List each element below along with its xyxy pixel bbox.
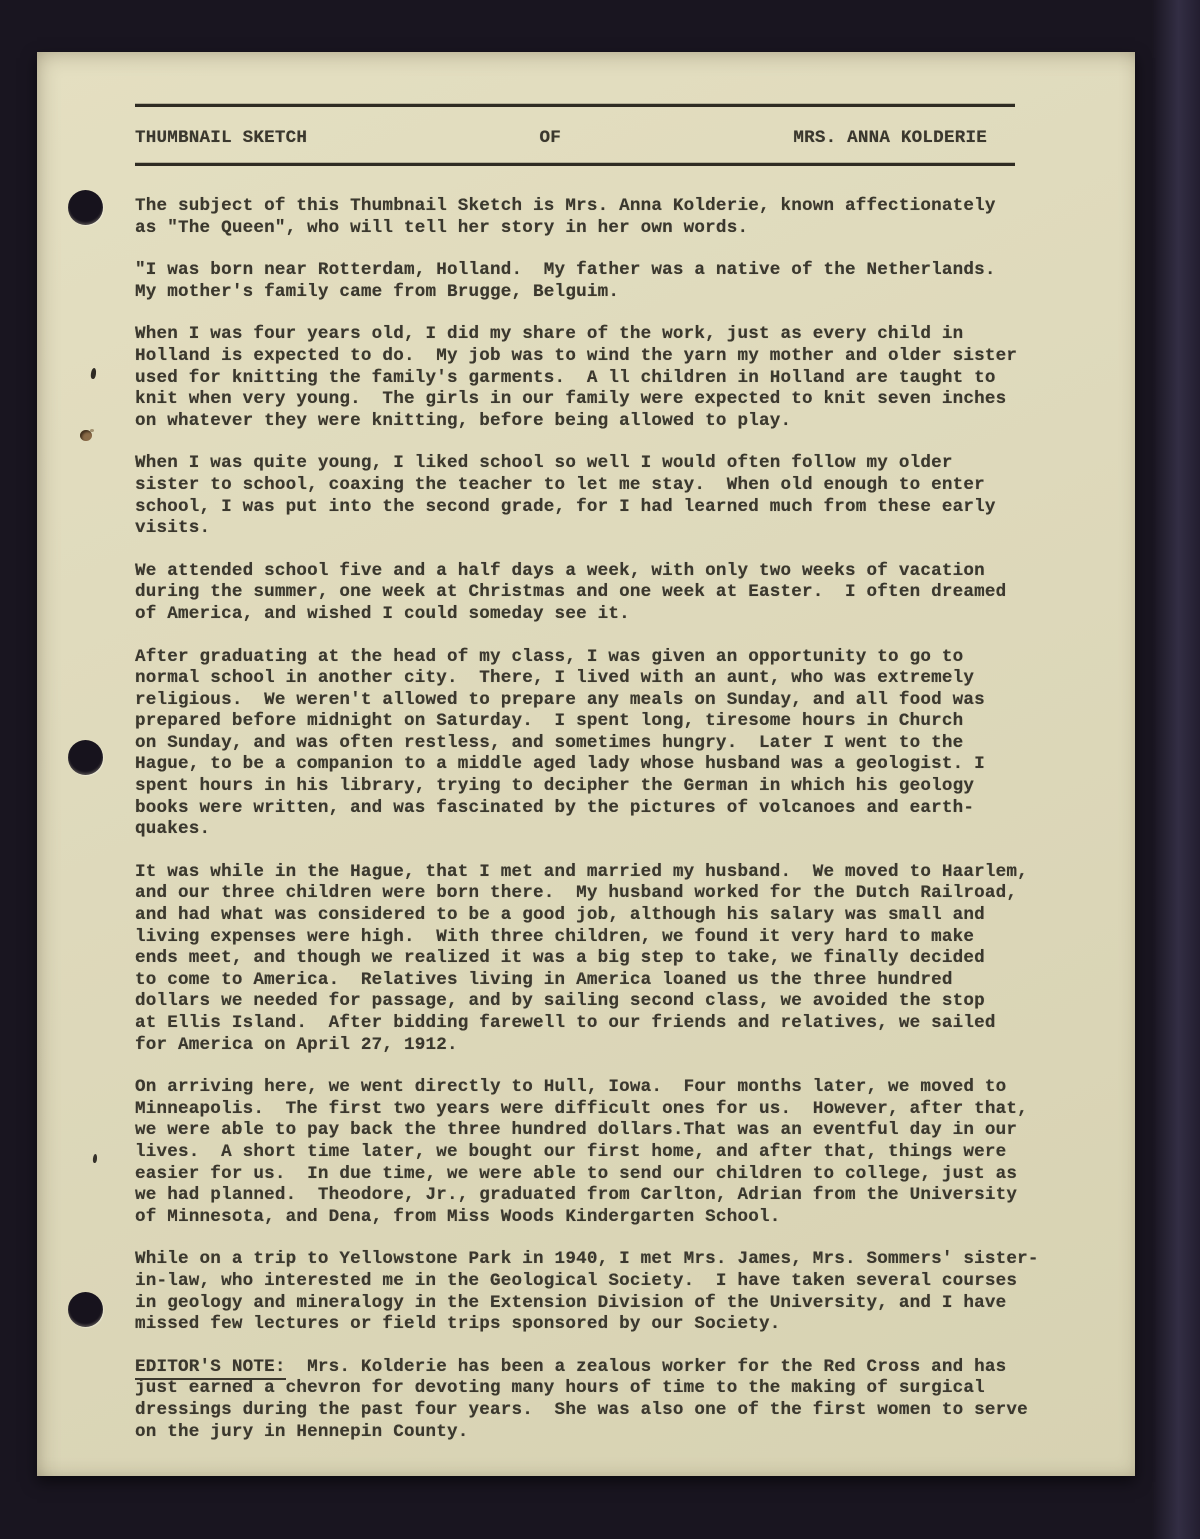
body-paragraph: "I was born near Rotterdam, Holland. My … [135, 260, 1095, 303]
ink-speck [93, 1154, 98, 1163]
page-header: THUMBNAIL SKETCH OF MRS. ANNA KOLDERIE [135, 127, 1015, 149]
book-edge-strip [1152, 0, 1200, 1539]
punch-hole-middle [68, 740, 103, 775]
header-of-label: OF [539, 127, 561, 149]
body-paragraph: After graduating at the head of my class… [135, 647, 1095, 841]
body-paragraph: We attended school five and a half days … [135, 561, 1095, 626]
body-paragraph: While on a trip to Yellowstone Park in 1… [135, 1249, 1095, 1335]
body-paragraph: On arriving here, we went directly to Hu… [135, 1077, 1095, 1228]
header-rule-top [135, 104, 1015, 107]
document-page: THUMBNAIL SKETCH OF MRS. ANNA KOLDERIE T… [37, 52, 1135, 1476]
body-paragraph: The subject of this Thumbnail Sketch is … [135, 196, 1095, 239]
body-paragraph: When I was four years old, I did my shar… [135, 324, 1095, 432]
body-paragraph: It was while in the Hague, that I met an… [135, 862, 1095, 1056]
paper-blemish [80, 430, 92, 441]
header-rule-bottom [135, 163, 1015, 166]
editors-note-label: EDITOR'S NOTE: [135, 1357, 286, 1380]
scan-background: THUMBNAIL SKETCH OF MRS. ANNA KOLDERIE T… [0, 0, 1200, 1539]
typewritten-content: THUMBNAIL SKETCH OF MRS. ANNA KOLDERIE T… [135, 104, 1095, 1464]
punch-hole-bottom [68, 1292, 103, 1327]
document-body: The subject of this Thumbnail Sketch is … [135, 196, 1095, 1443]
editors-note: EDITOR'S NOTE: Mrs. Kolderie has been a … [135, 1357, 1095, 1443]
punch-hole-top [68, 190, 103, 225]
header-subject-name: MRS. ANNA KOLDERIE [793, 127, 1015, 149]
ink-speck [90, 368, 96, 380]
body-paragraph: When I was quite young, I liked school s… [135, 453, 1095, 539]
header-title: THUMBNAIL SKETCH [135, 127, 307, 149]
